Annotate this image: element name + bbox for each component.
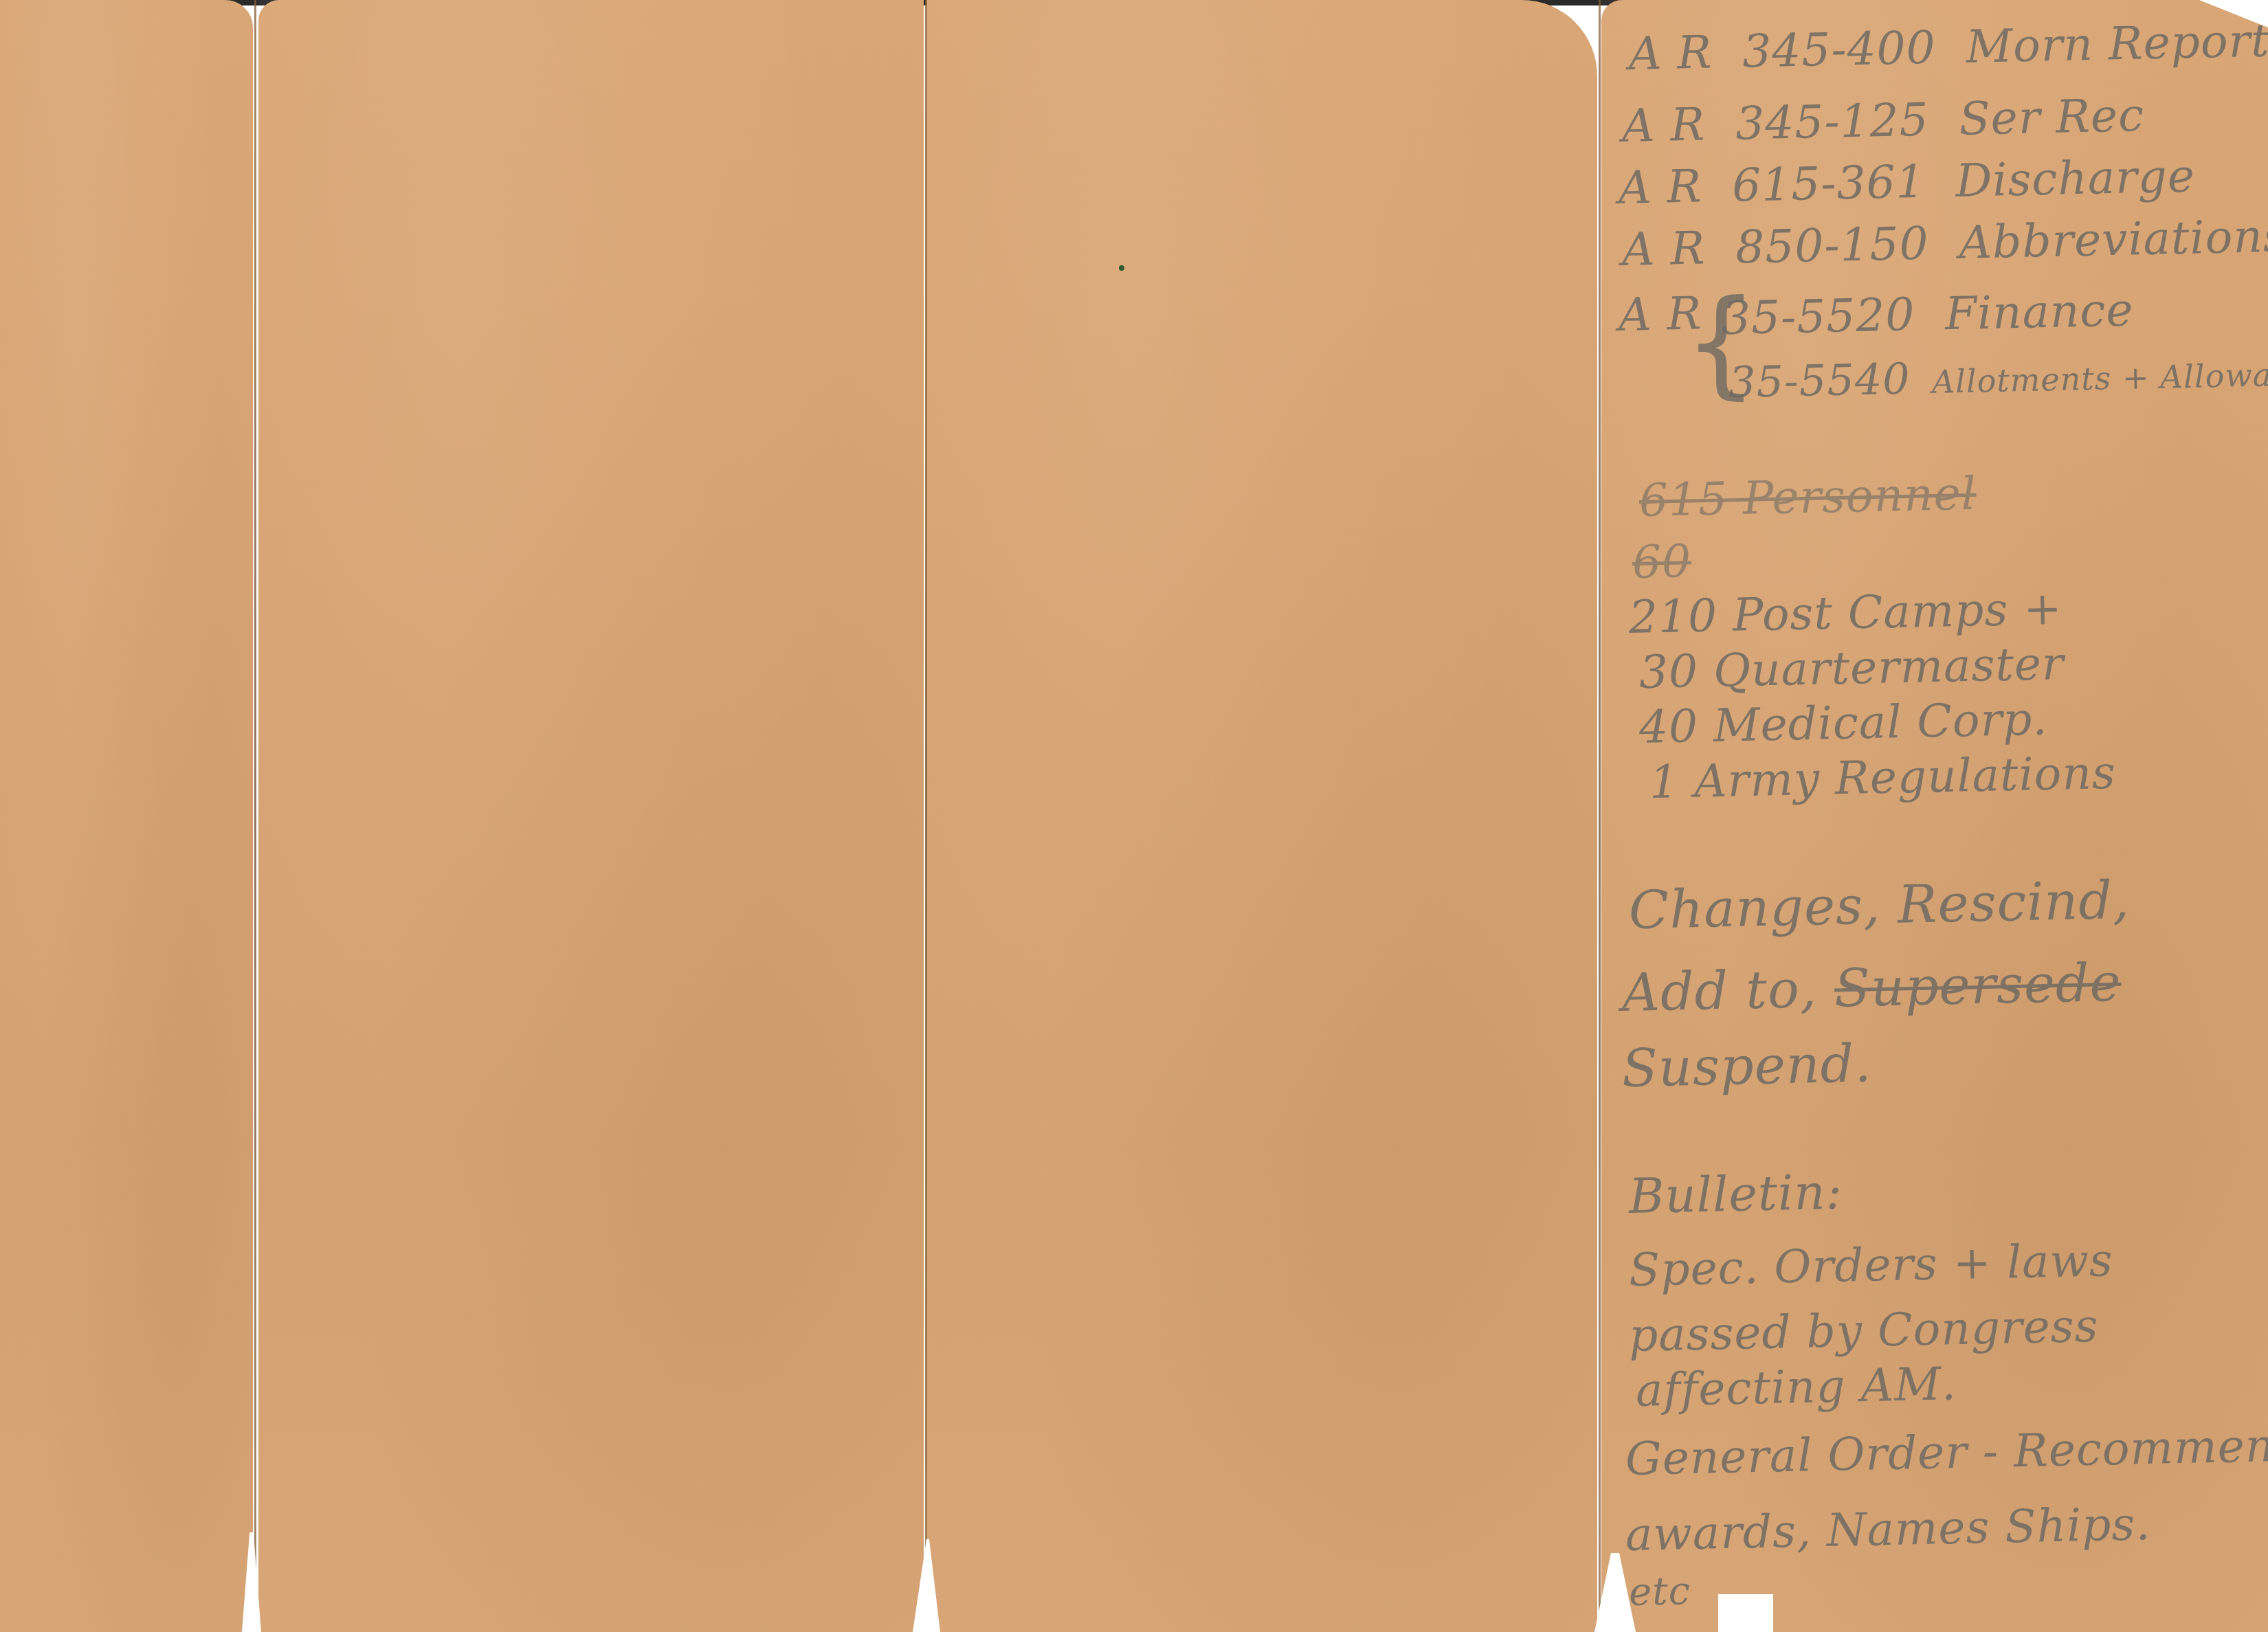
note-ar-bracket-item-2: 35-5540 Allotments + Allowances Family (1728, 342, 2268, 407)
bulletin-line-1: Spec. Orders + laws (1628, 1233, 2113, 1297)
changes-line-3: Suspend. (1621, 1032, 1872, 1099)
general-order-line-1: General Order - Recommend (1625, 1418, 2268, 1486)
note-ar-bracket-item-1: 35-5520 Finance (1721, 283, 2134, 345)
note-line-ar-4: A R 850-150 Abbreviations (1621, 210, 2268, 276)
changes-line-1: Changes, Rescind, (1628, 869, 2131, 941)
paper-panel-1 (0, 0, 253, 1632)
struck-line-personnel: 615 Personnel (1638, 467, 1977, 527)
note-line-ar-3: A R 615-361 Discharge (1618, 149, 2196, 214)
ink-speck (1119, 265, 1124, 271)
general-order-line-2: awards, Names Ships. (1625, 1497, 2151, 1561)
struck-line-60: 60 (1632, 535, 1692, 589)
numbered-item-30: 30 Quartermaster (1638, 637, 2065, 699)
paper-panel-3 (926, 0, 1597, 1632)
numbered-item-1: 1 Army Regulations (1649, 746, 2116, 809)
fold-line-1 (254, 0, 256, 1632)
paper-panel-2 (258, 0, 924, 1632)
bulletin-line-3: affecting AM. (1635, 1357, 1957, 1417)
handwritten-notes: A R 345-400 Morn Report A R 345-125 Ser … (1601, 0, 2268, 1632)
note-line-ar-2: A R 345-125 Ser Rec (1621, 89, 2145, 153)
changes-line-2: Add to, Supersede (1621, 952, 2122, 1023)
bulletin-line-2: passed by Congress (1628, 1299, 2099, 1362)
numbered-item-210: 210 Post Camps + (1628, 582, 2063, 644)
bulletin-heading: Bulletin: (1628, 1163, 1843, 1224)
numbered-item-40: 40 Medical Corp. (1638, 693, 2048, 754)
fold-line-3 (1599, 0, 1601, 1632)
note-line-ar-1: A R 345-400 Morn Report (1628, 14, 2268, 80)
fold-line-2 (925, 0, 927, 1632)
general-order-line-3: etc (1628, 1569, 1691, 1615)
